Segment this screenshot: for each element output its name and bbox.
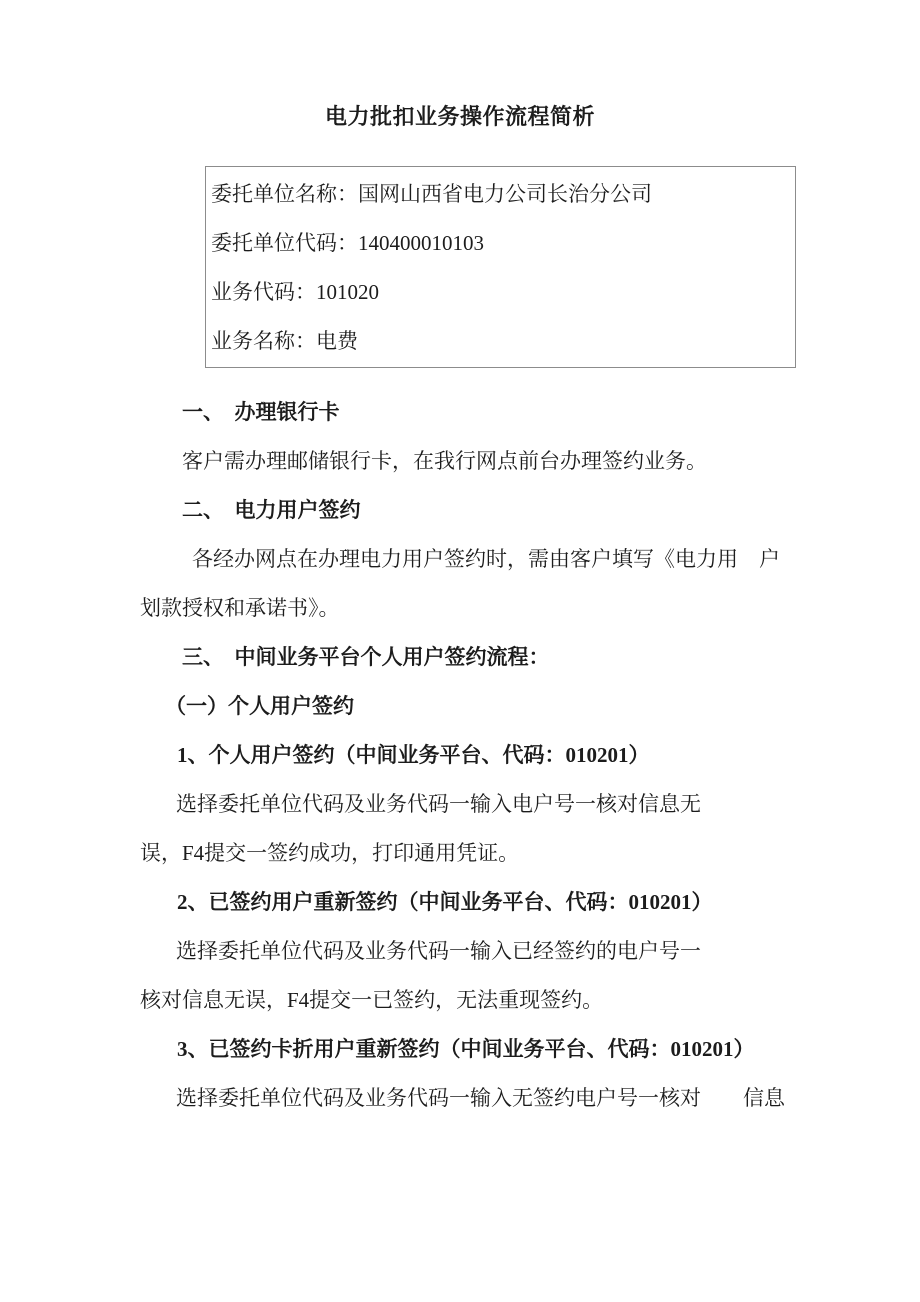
paragraph-line: 选择委托单位代码及业务代码一输入无签约电户号一核对 信息 — [140, 1074, 805, 1123]
paragraph-line: 划款授权和承诺书》。 — [140, 584, 805, 633]
document-title: 电力批扣业务操作流程简析 — [0, 100, 920, 131]
info-table: 委托单位名称：国网山西省电力公司长治分公司 委托单位代码：14040001010… — [205, 166, 796, 368]
info-label: 委托单位名称： — [211, 182, 358, 206]
paragraph-line: 各经办网点在办理电力用户签约时，需由客户填写《电力用 户 — [140, 535, 805, 584]
paragraph-line: 选择委托单位代码及业务代码一输入电户号一核对信息无 — [140, 780, 805, 829]
info-value: 140400010103 — [358, 231, 484, 255]
info-value: 101020 — [316, 280, 379, 304]
info-label: 业务代码： — [211, 280, 316, 304]
paragraph-line: 误，F4提交一签约成功，打印通用凭证。 — [140, 829, 805, 878]
info-row-business-code: 业务代码：101020 — [211, 268, 795, 317]
document-body: 一、 办理银行卡 客户需办理邮储银行卡，在我行网点前台办理签约业务。 二、 电力… — [140, 388, 805, 1123]
section-heading-2: 二、 电力用户签约 — [140, 486, 805, 535]
section-heading-3: 三、 中间业务平台个人用户签约流程： — [140, 633, 805, 682]
info-row-business-name: 业务名称：电费 — [211, 317, 795, 366]
numbered-heading-2: 2、已签约用户重新签约（中间业务平台、代码：010201） — [140, 878, 805, 927]
paragraph-line: 核对信息无误，F4提交一已签约，无法重现签约。 — [140, 976, 805, 1025]
info-label: 委托单位代码： — [211, 231, 358, 255]
document-page: { "document": { "title": "电力批扣业务操作流程简析",… — [0, 0, 920, 1302]
subsection-heading-1: （一）个人用户签约 — [140, 682, 805, 731]
paragraph-line: 客户需办理邮储银行卡，在我行网点前台办理签约业务。 — [140, 437, 805, 486]
paragraph-line: 选择委托单位代码及业务代码一输入已经签约的电户号一 — [140, 927, 805, 976]
section-heading-1: 一、 办理银行卡 — [140, 388, 805, 437]
info-label: 业务名称： — [211, 329, 316, 353]
info-row-entrust-unit-code: 委托单位代码：140400010103 — [211, 219, 795, 268]
numbered-heading-3: 3、已签约卡折用户重新签约（中间业务平台、代码：010201） — [140, 1025, 805, 1074]
info-value: 电费 — [316, 329, 358, 353]
info-value: 国网山西省电力公司长治分公司 — [358, 182, 652, 206]
numbered-heading-1: 1、个人用户签约（中间业务平台、代码：010201） — [140, 731, 805, 780]
info-row-entrust-unit-name: 委托单位名称：国网山西省电力公司长治分公司 — [211, 170, 795, 219]
